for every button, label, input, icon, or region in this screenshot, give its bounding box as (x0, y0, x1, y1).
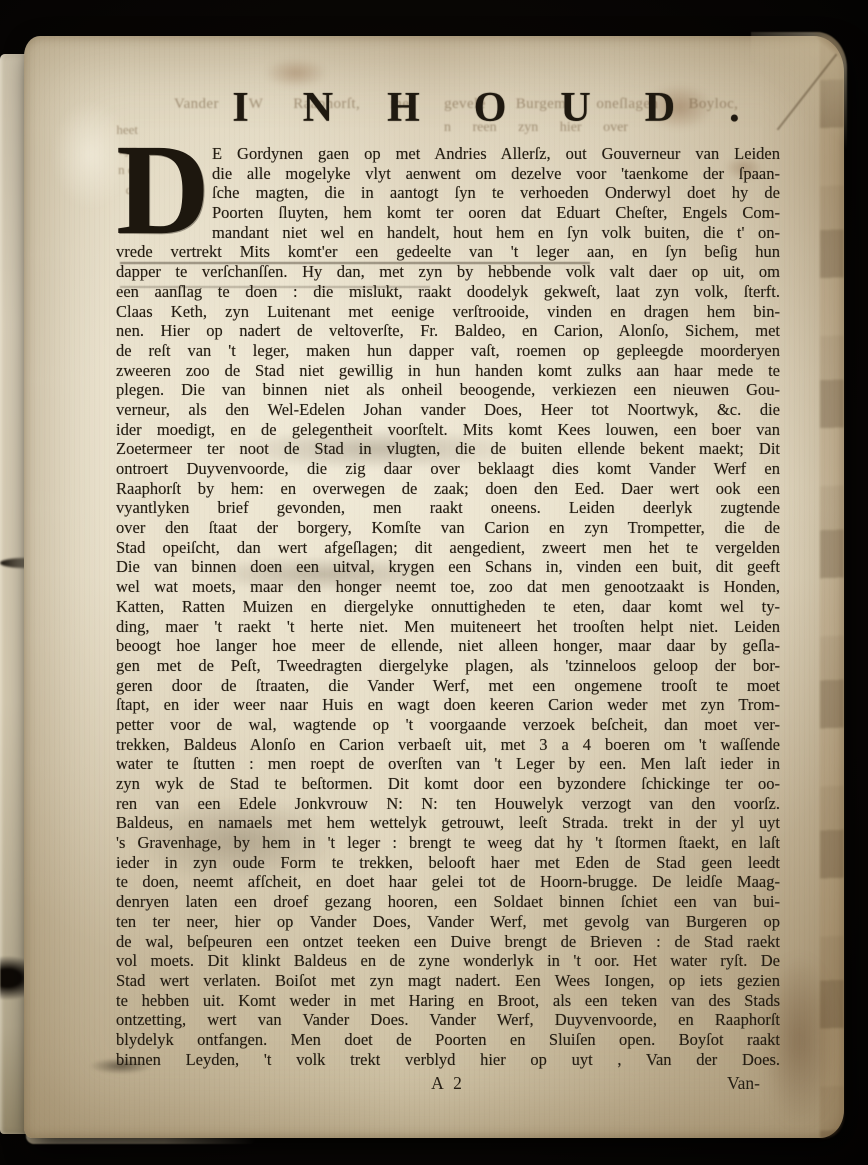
body-line: dapper te verſchanſſen. Hy dan, met zyn … (116, 262, 780, 282)
body-line: binnen Leyden, 't volk trekt verblyd hie… (116, 1050, 780, 1070)
photo-backdrop: Vander W Raaphorſt, met gevele Burgem on… (0, 0, 868, 1165)
body-line: geren door de ſtraaten, die Vander Werf,… (116, 676, 780, 696)
body-line: de reſt van 't leger, maken hun dapper v… (116, 341, 780, 361)
body-line: plegen. Die van binnen niet als onheil b… (116, 380, 780, 400)
body-line: beoogt hoe langer hoe meer de ellende, n… (116, 636, 780, 656)
page-footer: A 2 Van- (116, 1073, 780, 1097)
body-line: Die van binnen doen een uitval, krygen e… (116, 557, 780, 577)
body-line: petter voor de wal, wagtende op 't voorg… (116, 715, 780, 735)
body-lines: E Gordynen gaen op met Andries Allerſz, … (116, 144, 780, 1069)
body-line: Poorten ſluyten, hem komt ter ooren dat … (212, 203, 780, 223)
body-line: vyantlyken brief gevonden, men raakt one… (116, 498, 780, 518)
body-line: denryen laten een droef gezang hooren, e… (116, 892, 780, 912)
body-line: te doen, neemt afſcheit, en doet haar ge… (116, 872, 780, 892)
body-line: een aanſlag te doen : die mislukt, raakt… (116, 282, 780, 302)
body-line: ſtapt, en ider weer naar Huis en wagt do… (116, 695, 780, 715)
body-line: Raaphorſt by hem: en overwegen de zaak; … (116, 479, 780, 499)
signature-mark: A 2 (116, 1073, 780, 1094)
printed-content: INHOUD. D E Gordynen gaen op met Andries… (116, 36, 780, 1097)
body-line: ren van een Edele Jonkvrouw N: N: ten Ho… (116, 794, 780, 814)
body-line: zweeren zoo de Stad niet gewillig in hun… (116, 361, 780, 381)
body-line: 's Gravenhage, by hem in 't leger : bren… (116, 833, 780, 853)
body-line: trekken, Baldeus Alonſo en Carion verbae… (116, 735, 780, 755)
body-line: Zoetermeer ter noot de Stad in vlugten, … (116, 439, 780, 459)
body-line: vol moets. Dit klinkt Baldeus en de zyne… (116, 951, 780, 971)
body-line: die alle mogelyke vlyt aenwent om dezelv… (212, 164, 780, 184)
body-line: wel wat moets, maar den honger neemt toe… (116, 577, 780, 597)
body-line: ſche magten, die in aantogt ſyn te verho… (212, 183, 780, 203)
body-line: gen met de Peſt, Tweedragten diergelyke … (116, 656, 780, 676)
body-line: ider moedigt, en de gelegentheit voorſte… (116, 420, 780, 440)
body-line: Stad opeiſcht, dan wert afgeſlagen; dit … (116, 538, 780, 558)
body-line: ontroert Duyvenvoorde, die zig daar over… (116, 459, 780, 479)
body-line: de wal, beſpeuren een ontzet teeken een … (116, 932, 780, 952)
torn-edge (820, 36, 844, 1138)
body-line: Baldeus, en namaels met hem wettelyk get… (116, 813, 780, 833)
body-line: ontzetting, wert van Vander Does. Vander… (116, 1010, 780, 1030)
body-line: Stad wert verlaten. Boiſot met zyn magt … (116, 971, 780, 991)
book-page: Vander W Raaphorſt, met gevele Burgem on… (24, 36, 844, 1138)
body-line: water te ſtutten : men roept de overſten… (116, 754, 780, 774)
body-line: blydelyk ontfangen. Men doet de Poorten … (116, 1030, 780, 1050)
page-title: INHOUD. (154, 84, 818, 132)
body-line: te hebben uit. Komt weder in met Haring … (116, 991, 780, 1011)
body-text: D E Gordynen gaen op met Andries Allerſz… (116, 144, 780, 1069)
body-line: verneur, als den Wel-Edelen Johan vander… (116, 400, 780, 420)
body-line: nen. Hier op nadert de veltoverſte, Fr. … (116, 321, 780, 341)
catchword: Van- (727, 1073, 760, 1094)
body-line: ieder in zyn oude Form te trekken, beloo… (116, 853, 780, 873)
body-line: Claas Keth, zyn Luitenant met eenige ver… (116, 302, 780, 322)
body-line: mandant niet wel en handelt, hout hem en… (212, 223, 780, 243)
body-line: zyn wyk de Stad te beſtormen. Dit komt d… (116, 774, 780, 794)
body-line: over den ſtaat der borgery, Komſte van C… (116, 518, 780, 538)
drop-cap: D (116, 144, 212, 242)
body-line: ding, maer 't raekt 't herte niet. Men m… (116, 617, 780, 637)
body-line: vrede vertrekt Mits komt'er een gedeelte… (116, 242, 780, 262)
body-line: E Gordynen gaen op met Andries Allerſz, … (212, 144, 780, 164)
body-line: ten ter neer, hier op Vander Does, Vande… (116, 912, 780, 932)
body-line: Katten, Ratten Muizen en diergelyke onnu… (116, 597, 780, 617)
